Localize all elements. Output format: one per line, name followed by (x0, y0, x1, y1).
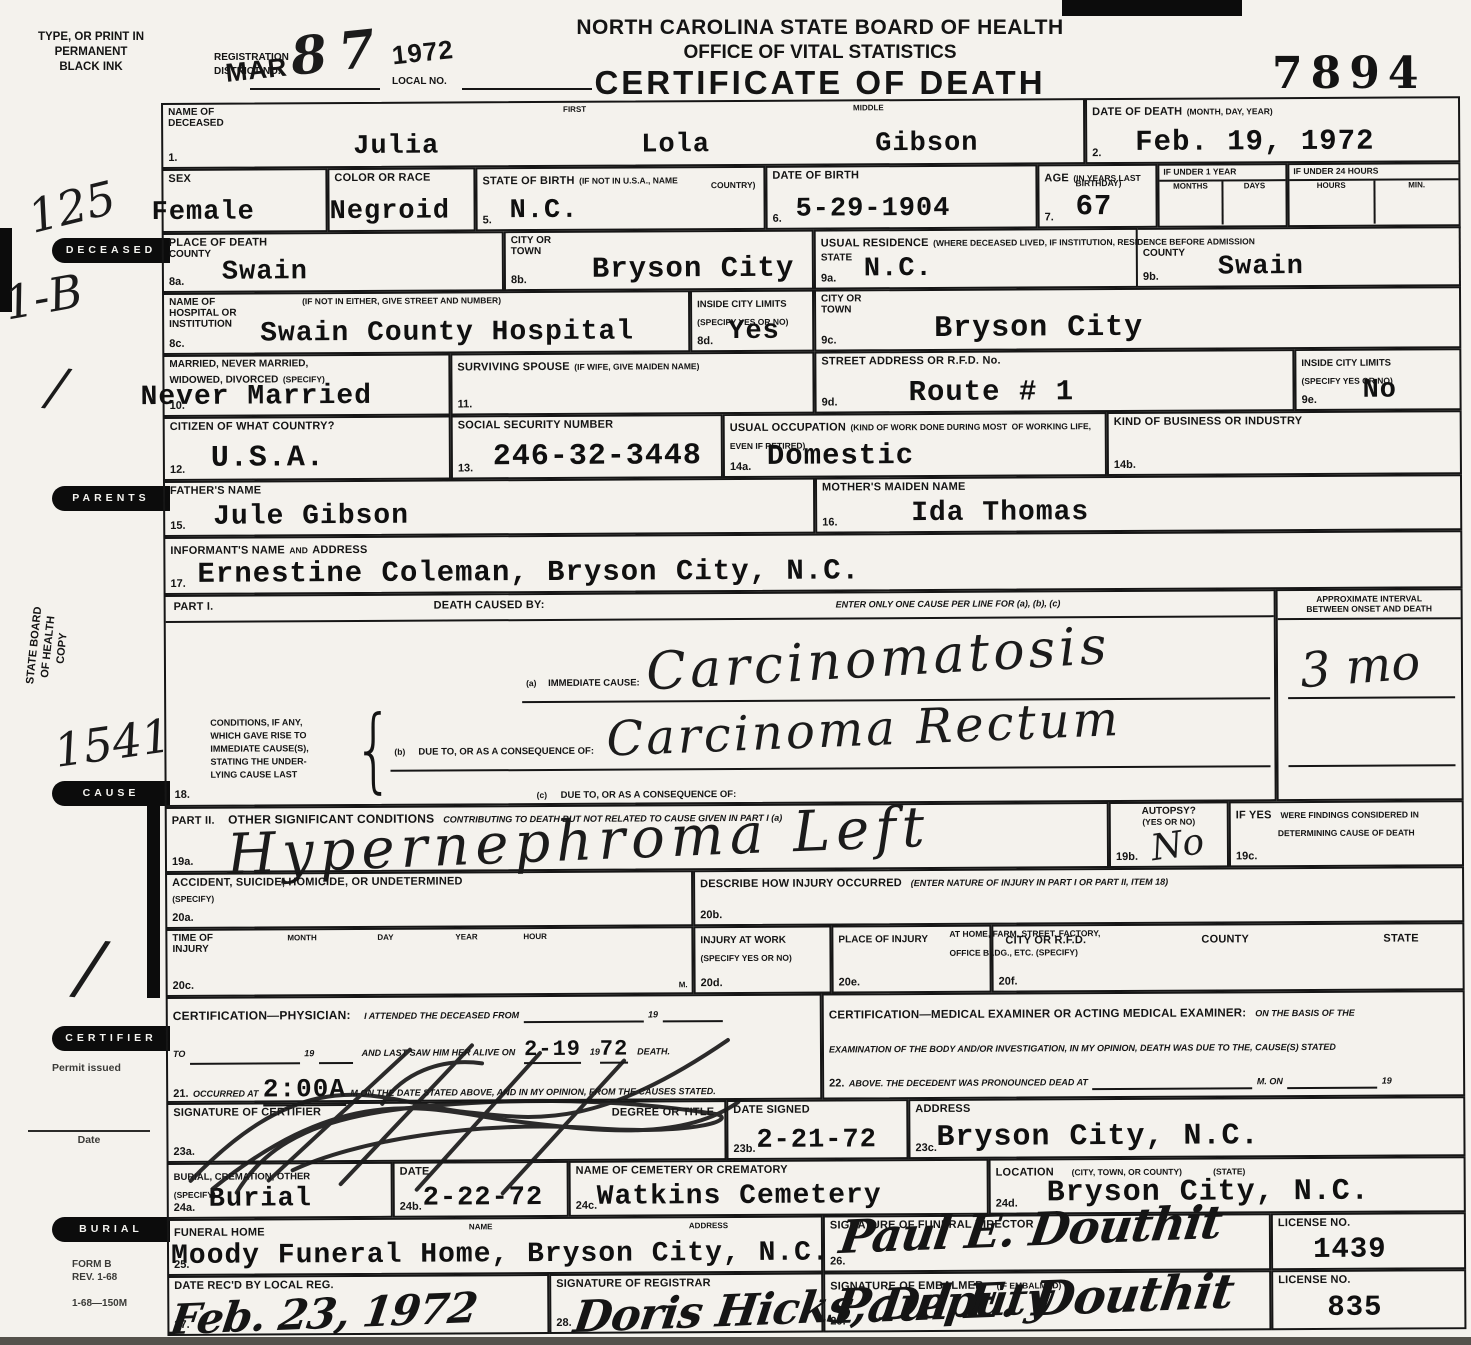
under24-hours-col: HOURS (1289, 180, 1375, 223)
field-industry: KIND OF BUSINESS OR INDUSTRY 14b. (1107, 410, 1462, 476)
ssn-value: 246-32-3448 (493, 439, 702, 474)
field-accident-suicide: ACCIDENT, SUICIDE, HOMICIDE, OR UNDETERM… (165, 870, 693, 929)
dod-num: 2. (1092, 147, 1101, 159)
dob-value: 5-29-1904 (795, 194, 950, 225)
father-label: FATHER'S NAME (170, 482, 808, 498)
birth-state-sub2: COUNTRY) (711, 181, 756, 191)
enter-note-label: ENTER ONLY ONE CAUSE PER LINE FOR (a), (… (836, 598, 1061, 609)
age-num: 7. (1045, 211, 1054, 223)
sex-label: SEX (168, 172, 320, 185)
hospital-num: 8c. (169, 338, 184, 350)
informant-and: AND (289, 545, 307, 555)
address-label: ADDRESS (915, 1100, 1458, 1115)
field-residence-city: CITY OR TOWN 9c. Bryson City (814, 286, 1461, 351)
field-age: AGE (IN YEARS LAST BIRTHDAY) 7. 67 (1037, 164, 1157, 229)
father-value: Jule Gibson (213, 501, 409, 533)
marital-value: Never Married (140, 381, 372, 413)
name-num: 1. (168, 152, 177, 164)
field-place-of-death-county: PLACE OF DEATH COUNTY 8a. Swain (162, 231, 504, 293)
city-8b-value: Bryson City (592, 252, 795, 286)
cert-me-text-1: ON THE BASIS OF THE (1255, 1008, 1355, 1019)
license-2-label: LICENSE NO. (1278, 1273, 1459, 1286)
accident-sublabel: (SPECIFY) (172, 894, 214, 904)
hour-colhead: HOUR (523, 932, 547, 941)
occupation-label: USUAL OCCUPATION (730, 421, 846, 434)
mother-label: MOTHER'S MAIDEN NAME (822, 478, 1455, 494)
icl-9e-num: 9e. (1302, 394, 1317, 406)
year-colhead: YEAR (455, 932, 477, 941)
if-yes-sub1: WERE FINDINGS CONSIDERED IN (1280, 809, 1418, 820)
conditions-note-4: STATING THE UNDER- (210, 756, 306, 767)
field-inside-city-limits-9e: INSIDE CITY LIMITS (SPECIFY YES OR NO) 9… (1294, 348, 1461, 411)
dod-label: DATE OF DEATH (1092, 106, 1182, 118)
citizen-value: U.S.A. (211, 441, 325, 476)
immediate-cause-value: Carcinomatosis (645, 616, 1112, 703)
mother-num: 16. (822, 516, 837, 528)
field-date-signed: DATE SIGNED 23b. 2-21-72 (726, 1099, 908, 1160)
street-num: 9d. (822, 396, 838, 408)
state-9a-value: N.C. (864, 254, 933, 284)
conditions-note-5: LYING CAUSE LAST (211, 769, 298, 779)
field-signature-registrar: SIGNATURE OF REGISTRAR 28. Doris Hicks, … (549, 1273, 823, 1334)
county-8a-label: COUNTY (169, 248, 497, 261)
num-20b: 20b. (700, 909, 722, 921)
citizen-num: 12. (170, 464, 185, 476)
num-23c: 23c. (915, 1142, 936, 1154)
first-name-value: Julia (353, 132, 439, 162)
autopsy-label: AUTOPSY? (1116, 805, 1222, 817)
icl-9e-value: No (1362, 376, 1397, 406)
cause-b-label: DUE TO, OR AS A CONSEQUENCE OF: (418, 747, 594, 759)
birth-state-sub1: (IF NOT IN U.S.A., NAME (579, 175, 678, 186)
num-20e: 20e. (839, 976, 860, 988)
date-signed-label: DATE SIGNED (733, 1103, 901, 1116)
occupation-value: Domestic (767, 439, 914, 473)
industry-label: KIND OF BUSINESS OR INDUSTRY (1114, 414, 1455, 428)
ssn-label: SOCIAL SECURITY NUMBER (458, 418, 716, 432)
num-20a: 20a. (172, 912, 193, 924)
street-label: STREET ADDRESS OR R.F.D. No. (821, 353, 1287, 368)
section-certification-medical-examiner: CERTIFICATION—MEDICAL EXAMINER OR ACTING… (822, 990, 1466, 1099)
county-9b-num: 9b. (1143, 271, 1159, 283)
field-date-of-death: DATE OF DEATH (MONTH, DAY, YEAR) 2. Feb.… (1085, 96, 1460, 164)
middle-colhead: MIDDLE (853, 103, 884, 112)
section-cause-of-death: PART I. DEATH CAUSED BY: ENTER ONLY ONE … (164, 589, 1277, 807)
funeral-home-label: FUNERAL HOME (174, 1226, 265, 1238)
license-2-value: 835 (1327, 1291, 1382, 1324)
icl-8d-label: INSIDE CITY LIMITS (697, 299, 787, 310)
under24-min-col: MIN. (1375, 180, 1459, 223)
field-occupation: USUAL OCCUPATION (KIND OF WORK DONE DURI… (723, 412, 1107, 478)
num-24a: 24a. (174, 1202, 195, 1214)
icl-8d-value: Yes (728, 317, 780, 347)
autopsy-value: No (1148, 821, 1207, 869)
field-marital-status: MARRIED, NEVER MARRIED, WIDOWED, DIVORCE… (162, 353, 450, 417)
cause-num-18: 18. (175, 789, 190, 801)
describe-injury-sublabel: (ENTER NATURE OF INJURY IN PART I OR PAR… (911, 877, 1168, 888)
under1-days-col: DAYS (1223, 181, 1285, 224)
certifier-signature-scrawl (172, 982, 753, 1200)
time-injury-label-2: INJURY (172, 941, 686, 955)
field-inside-city-limits-8d: INSIDE CITY LIMITS (SPECIFY YES OR NO) 8… (690, 290, 814, 353)
age-value: 67 (1075, 190, 1112, 223)
field-autopsy-findings: IF YES WERE FINDINGS CONSIDERED IN DETER… (1229, 800, 1464, 867)
under24-label: IF UNDER 24 HOURS (1289, 164, 1458, 181)
informant-num: 17. (170, 578, 185, 590)
field-ssn: SOCIAL SECURITY NUMBER 13. 246-32-3448 (451, 414, 723, 479)
interval-b-line (1288, 764, 1455, 767)
under1-months-col: MONTHS (1159, 181, 1223, 224)
month-colhead: MONTH (287, 933, 316, 942)
part1-label: PART I. (174, 601, 214, 614)
first-colhead: FIRST (563, 105, 586, 114)
cert-m-on: M. ON (1257, 1076, 1283, 1086)
city-9c-value: Bryson City (934, 311, 1143, 346)
cause-c-tag: (c) (537, 791, 547, 801)
under1-label: IF UNDER 1 YEAR (1159, 165, 1285, 181)
county-8a-num: 8a. (169, 276, 184, 288)
license-1-label: LICENSE NO. (1278, 1216, 1459, 1229)
field-state-of-birth: STATE OF BIRTH (IF NOT IN U.S.A., NAME C… (475, 166, 765, 232)
street-value: Route # 1 (908, 375, 1074, 409)
field-date-of-birth: DATE OF BIRTH 6. 5-29-1904 (765, 164, 1037, 229)
funeral-home-value: Moody Funeral Home, Bryson City, N.C. (171, 1238, 830, 1272)
dob-label: DATE OF BIRTH (772, 168, 1030, 182)
county-9b-value: Swain (1218, 252, 1304, 282)
cause-b-value: Carcinoma Rectum (605, 691, 1122, 768)
cert-me-label: CERTIFICATION—MEDICAL EXAMINER OR ACTING… (829, 1007, 1247, 1021)
place-of-injury-label: PLACE OF INJURY (838, 934, 928, 945)
num-19a: 19a. (172, 856, 193, 868)
field-approximate-interval: APPROXIMATE INTERVAL BETWEEN ONSET AND D… (1276, 588, 1464, 801)
cause-c-label: DUE TO, OR AS A CONSEQUENCE OF: (561, 790, 737, 802)
spouse-label: SURVIVING SPOUSE (457, 361, 569, 374)
father-num: 15. (170, 520, 185, 532)
death-certificate-scan: { "header": { "board": "NORTH CAROLINA S… (0, 0, 1471, 1345)
county-8a-value: Swain (222, 257, 308, 287)
injury-at-work-sublabel: (SPECIFY YES OR NO) (700, 953, 791, 963)
num-28: 28. (556, 1317, 571, 1329)
num-20f: 20f. (999, 976, 1018, 988)
field-citizen: CITIZEN OF WHAT COUNTRY? 12. U.S.A. (163, 415, 451, 481)
cert-19-d: 19 (1382, 1076, 1392, 1086)
birth-state-label: STATE OF BIRTH (482, 175, 574, 187)
field-date-received: DATE REC'D BY LOCAL REG. 27. Feb. 23, 19… (167, 1274, 549, 1336)
if-yes-sub2: DETERMINING CAUSE OF DEATH (1278, 827, 1415, 838)
race-label: COLOR OR RACE (334, 171, 468, 184)
field-mother-name: MOTHER'S MAIDEN NAME 16. Ida Thomas (815, 474, 1462, 533)
occupation-sub1: (KIND OF WORK DONE DURING MOST (850, 422, 1007, 433)
dod-sublabel: (MONTH, DAY, YEAR) (1187, 106, 1273, 116)
num-19c: 19c. (1236, 850, 1257, 862)
race-value: Negroid (330, 196, 451, 227)
cert-me-text-2: EXAMINATION OF THE BODY AND/OR INVESTIGA… (829, 1042, 1336, 1055)
hospital-sublabel: (IF NOT IN EITHER, GIVE STREET AND NUMBE… (302, 296, 501, 307)
age-label: AGE (1044, 172, 1069, 184)
field-funeral-home: FUNERAL HOME NAME ADDRESS 25. Moody Fune… (167, 1216, 823, 1276)
field-residence-county: COUNTY 9b. Swain (1138, 226, 1461, 288)
cause-b-tag: (b) (394, 748, 405, 758)
conditions-note-2: WHICH GAVE RISE TO (210, 730, 306, 741)
conditions-note-1: CONDITIONS, IF ANY, (210, 717, 302, 727)
field-injury-city-county-state: CITY OR R.F.D. COUNTY STATE 20f. (991, 922, 1464, 992)
dob-num: 6. (773, 213, 782, 225)
certificate-form: NAME OF DECEASED FIRST MIDDLE LAST 1. Ju… (0, 0, 1471, 1345)
immediate-cause-label: IMMEDIATE CAUSE: (548, 679, 640, 690)
field-father-name: FATHER'S NAME 15. Jule Gibson (163, 478, 815, 537)
conditions-brace: { (353, 696, 395, 803)
informant-label-2: ADDRESS (312, 544, 367, 556)
state-colhead: STATE (1383, 932, 1419, 944)
certifier-address-value: Bryson City, N.C. (936, 1119, 1259, 1155)
field-color-or-race: COLOR OR RACE Negroid (327, 167, 475, 232)
field-other-significant-conditions: PART II. OTHER SIGNIFICANT CONDITIONS CO… (165, 802, 1109, 873)
ssn-num: 13. (458, 462, 473, 474)
if-yes-label: IF YES (1236, 809, 1272, 821)
usual-residence-label: USUAL RESIDENCE (821, 237, 929, 250)
field-place-of-death-city: CITY OR TOWN 8b. Bryson City (504, 230, 814, 292)
field-sex: SEX 3. Female (161, 168, 327, 233)
part2-label: PART II. (172, 815, 215, 827)
num-19b: 19b. (1116, 851, 1138, 863)
field-certifier-address: ADDRESS 23c. Bryson City, N.C. (908, 1096, 1465, 1159)
birth-state-value: N.C. (510, 196, 579, 226)
field-autopsy: AUTOPSY? (YES OR NO) 19b. No (1109, 801, 1229, 868)
field-residence-state: USUAL RESIDENCE (WHERE DECEASED LIVED, I… (814, 228, 1138, 290)
middle-name-value: Lola (641, 130, 710, 160)
date-received-value: Feb. 23, 1972 (167, 1283, 480, 1344)
field-license-embalmer: LICENSE NO. 835 (1271, 1269, 1466, 1330)
cert-me-text-3: ABOVE. THE DECEDENT WAS PRONOUNCED DEAD … (849, 1077, 1088, 1088)
describe-injury-label: DESCRIBE HOW INJURY OCCURRED (700, 877, 902, 890)
hospital-value: Swain County Hospital (260, 317, 634, 350)
city-rfd-colhead: CITY OR R.F.D. (1005, 934, 1086, 947)
last-name-value: Gibson (875, 129, 978, 160)
field-license-director: LICENSE NO. 1439 (1271, 1212, 1466, 1270)
informant-value: Ernestine Coleman, Bryson City, N.C. (197, 554, 860, 590)
county-colhead: COUNTY (1201, 933, 1249, 946)
field-if-under-24-hours: IF UNDER 24 HOURS HOURS MIN. (1287, 162, 1460, 227)
conditions-note: CONDITIONS, IF ANY, WHICH GAVE RISE TO I… (210, 716, 309, 782)
field-surviving-spouse: SURVIVING SPOUSE (IF WIFE, GIVE MAIDEN N… (450, 352, 814, 416)
day-colhead: DAY (377, 933, 393, 942)
field-place-of-injury: PLACE OF INJURY AT HOME, FARM, STREET, F… (831, 925, 991, 994)
num-24b: 24b. (400, 1201, 422, 1213)
informant-label-1: INFORMANT'S NAME (170, 544, 285, 557)
spouse-num: 11. (458, 398, 473, 410)
license-1-value: 1439 (1313, 1233, 1387, 1266)
citizen-label: CITIZEN OF WHAT COUNTRY? (170, 420, 444, 434)
occupation-num: 14a. (730, 461, 751, 473)
icl-9e-label: INSIDE CITY LIMITS (1301, 358, 1391, 369)
location-label: LOCATION (996, 1166, 1054, 1178)
accident-label: ACCIDENT, SUICIDE, HOMICIDE, OR UNDETERM… (172, 874, 686, 889)
icl-8d-num: 8d. (697, 335, 713, 347)
field-if-under-1-year: IF UNDER 1 YEAR MONTHS DAYS (1157, 163, 1287, 228)
pronounced-time-blank (1092, 1073, 1252, 1090)
city-9c-num: 9c. (821, 334, 836, 346)
interval-label-2: BETWEEN ONSET AND DEATH (1278, 604, 1461, 620)
age-sub2: BIRTHDAY) (1075, 179, 1121, 189)
field-hospital: NAME OF HOSPITAL OR INSTITUTION (IF NOT … (162, 290, 690, 355)
marital-label-1: MARRIED, NEVER MARRIED, (169, 358, 443, 370)
injury-at-work-label: INJURY AT WORK (700, 935, 786, 946)
interval-a-value: 3 mo (1298, 634, 1422, 699)
field-describe-injury: DESCRIBE HOW INJURY OCCURRED (ENTER NATU… (693, 866, 1464, 926)
birth-state-num: 5. (483, 214, 492, 226)
state-9a-num: 9a. (821, 272, 836, 284)
city-8b-num: 8b. (511, 274, 527, 286)
cause-a-tag: (a) (526, 679, 536, 689)
conditions-note-3: IMMEDIATE CAUSE(S), (210, 743, 308, 754)
field-signature-funeral-director: SIGNATURE OF FUNERAL DIRECTOR 26. Paul E… (823, 1213, 1271, 1272)
scanned-page: NORTH CAROLINA STATE BOARD OF HEALTH OFF… (0, 0, 1471, 1345)
num-24c: 24c. (576, 1200, 597, 1212)
funeral-home-address-colhead: ADDRESS (689, 1221, 728, 1230)
sex-value: Female (152, 198, 255, 229)
cause-b-line (391, 765, 1271, 772)
dod-value: Feb. 19, 1972 (1135, 125, 1374, 159)
spouse-sublabel: (IF WIFE, GIVE MAIDEN NAME) (574, 361, 699, 372)
field-street-address: STREET ADDRESS OR R.F.D. No. 9d. Route #… (814, 349, 1294, 414)
field-informant: INFORMANT'S NAME AND ADDRESS 17. Ernesti… (163, 530, 1462, 595)
num-22: 22. (829, 1077, 844, 1089)
field-name-of-deceased: NAME OF DECEASED FIRST MIDDLE LAST 1. Ju… (161, 98, 1085, 169)
death-caused-by-label: DEATH CAUSED BY: (434, 599, 545, 612)
funeral-home-name-colhead: NAME (469, 1222, 493, 1231)
mother-value: Ida Thomas (911, 497, 1089, 529)
industry-num: 14b. (1114, 459, 1136, 471)
pronounced-date-blank (1287, 1073, 1377, 1089)
date-signed-value: 2-21-72 (756, 1125, 877, 1156)
